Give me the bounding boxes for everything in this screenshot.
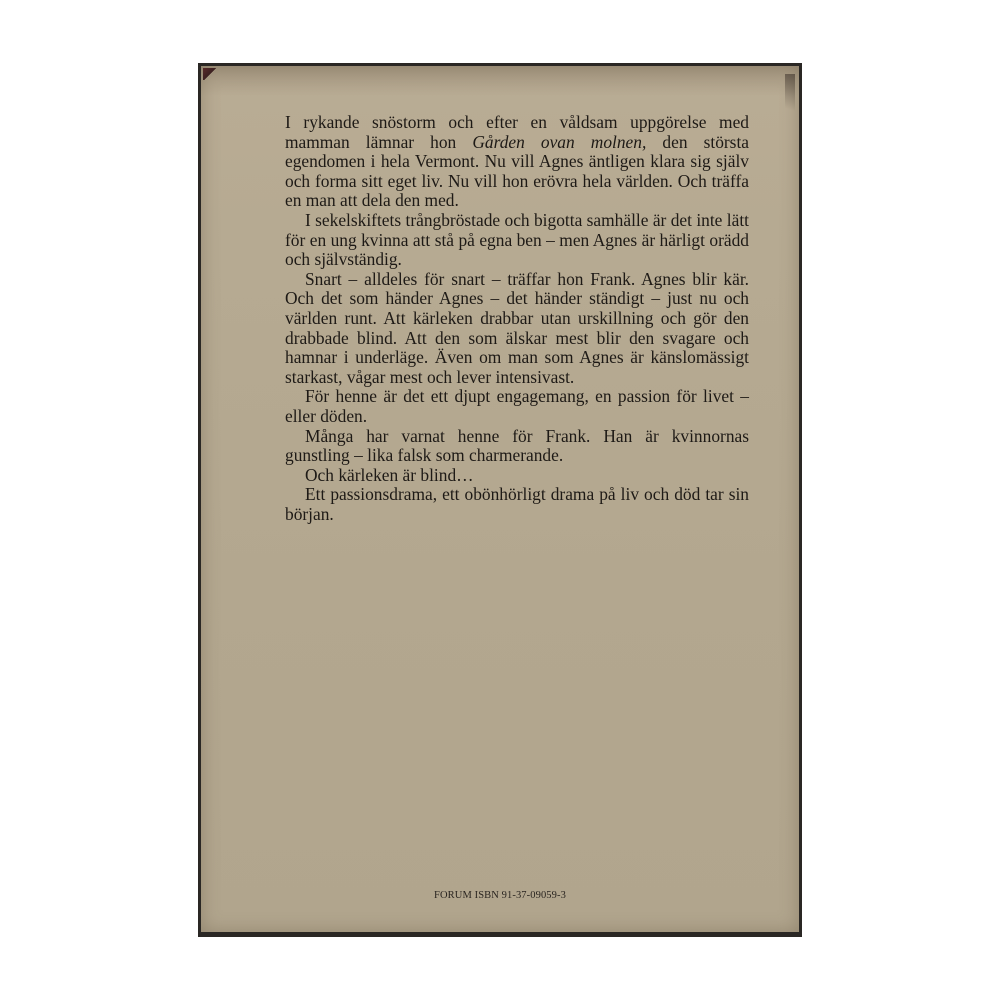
back-cover-blurb: I rykande snöstorm och efter en våldsam … — [285, 113, 749, 524]
blurb-paragraph-2: I sekelskiftets trångbröstade och bigott… — [285, 211, 749, 270]
blurb-paragraph-7: Ett passionsdrama, ett obönhörligt drama… — [285, 485, 749, 524]
cover-corner-wear-mark — [203, 68, 217, 80]
blurb-paragraph-1: I rykande snöstorm och efter en våldsam … — [285, 113, 749, 211]
blurb-paragraph-6: Och kärleken är blind… — [285, 466, 749, 486]
blurb-paragraph-4: För henne är det ett djupt engagemang, e… — [285, 387, 749, 426]
blurb-paragraph-3: Snart – alldeles för snart – träffar hon… — [285, 270, 749, 388]
book-title-italic: Gården ovan molnen, — [472, 132, 646, 152]
publisher-isbn: FORUM ISBN 91-37-09059-3 — [201, 890, 799, 901]
cover-edge-wear — [785, 74, 795, 124]
blurb-paragraph-5: Många har varnat henne för Frank. Han är… — [285, 427, 749, 466]
book-back-cover: I rykande snöstorm och efter en våldsam … — [198, 63, 802, 937]
